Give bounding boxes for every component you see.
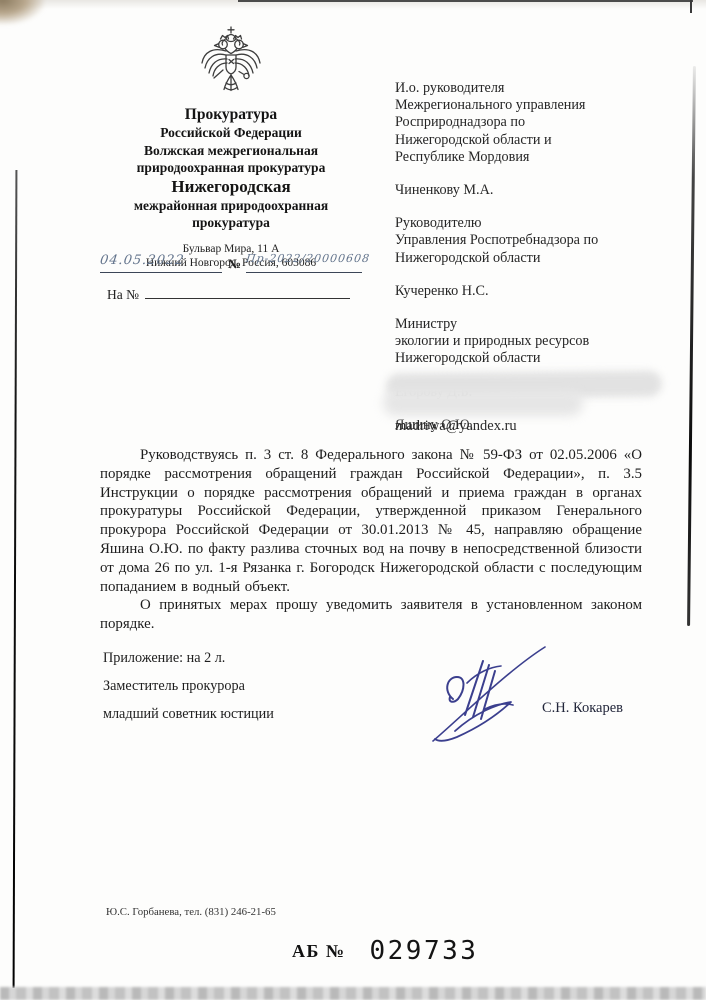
handwritten-number: Пр-2022/20000608 [245, 252, 371, 265]
addressee-block: Руководителю Управления Роспотребнадзора… [395, 215, 681, 267]
scan-bottom-edge-band [0, 987, 706, 1000]
org-name-line-emphasis: Нижегородская [95, 177, 367, 197]
addressee-line: Министру [395, 316, 681, 333]
coat-of-arms-double-headed-eagle-icon [199, 25, 263, 99]
redaction-smudge [383, 390, 583, 416]
stamp-number: 029733 [370, 936, 479, 966]
addressee-name: Кучеренко Н.С. [395, 283, 681, 300]
addressee-line: И.о. руководителя [395, 80, 681, 97]
form-serial-stamp: АБ № 029733 [292, 936, 478, 966]
org-name-line: природоохранная прокуратура [95, 159, 367, 177]
addressee-line: Чиненкову М.А. [395, 182, 681, 199]
scanned-letter-page: Прокуратура Российской Федерации Волжска… [0, 0, 706, 1000]
number-sign-label: № [228, 256, 241, 272]
addressee-line: Управления Роспотребнадзора по [395, 232, 681, 249]
reference-row: 04.05.2022 № Пр-2022/20000608 [100, 252, 362, 274]
scan-corner-tick [690, 0, 692, 13]
body-paragraph: Руководствуясь п. 3 ст. 8 Федерального з… [100, 446, 642, 596]
signer-position-line: Заместитель прокурора [103, 678, 245, 695]
letter-body: Руководствуясь п. 3 ст. 8 Федерального з… [100, 446, 642, 634]
outgoing-number-field: Пр-2022/20000608 [246, 252, 362, 273]
addressee-block: И.о. руководителя Межрегионального управ… [395, 80, 681, 166]
reply-reference-label: На № [107, 287, 139, 302]
addressee-line: Руководителю [395, 215, 681, 232]
reply-reference-row: На № [107, 284, 350, 303]
outgoing-date-field: 04.05.2022 [100, 252, 222, 273]
reply-reference-blank-line [145, 284, 350, 299]
addressee-line: экологии и природных ресурсов [395, 333, 681, 350]
addressee-line: Нижегородской области [395, 250, 681, 267]
scan-right-edge-line [687, 66, 696, 626]
attachment-note: Приложение: на 2 л. [103, 650, 225, 667]
addressee-name: Чиненкову М.А. [395, 182, 681, 199]
addressee-line: Межрегионального управления [395, 97, 681, 114]
body-paragraph: О принятых мерах прошу уведомить заявите… [100, 596, 642, 634]
addressee-line: Кучеренко Н.С. [395, 283, 681, 300]
addressee-line: Республике Мордовия [395, 149, 681, 166]
letterhead: Прокуратура Российской Федерации Волжска… [95, 25, 367, 271]
org-name-line: Волжская межрегиональная [95, 142, 367, 160]
org-name-line: прокуратура [95, 214, 367, 232]
signer-name: С.Н. Кокарев [542, 700, 623, 717]
org-name-line: межрайонная природоохранная [95, 197, 367, 215]
org-name-line: Прокуратура [95, 105, 367, 124]
addressee-line: Нижегородской области [395, 350, 681, 367]
addressee-line: Нижегородской области и [395, 132, 681, 149]
addressee-email: madriwa@yandex.ru [395, 418, 517, 435]
executor-contact: Ю.С. Горбанева, тел. (831) 246-21-65 [106, 906, 276, 918]
addressee-line: Росприроднадзора по [395, 114, 681, 131]
scan-corner-smudge [0, 0, 44, 24]
scan-left-edge-line [13, 170, 18, 988]
scan-top-edge-line [238, 0, 693, 2]
org-name-line: Российской Федерации [95, 124, 367, 142]
stamp-series-label: АБ № [292, 941, 346, 961]
handwritten-date: 04.05.2022 [99, 253, 185, 268]
addressee-block: Министру экологии и природных ресурсов Н… [395, 316, 681, 368]
handwritten-signature [423, 641, 555, 753]
signer-rank-line: младший советник юстиции [103, 706, 274, 723]
